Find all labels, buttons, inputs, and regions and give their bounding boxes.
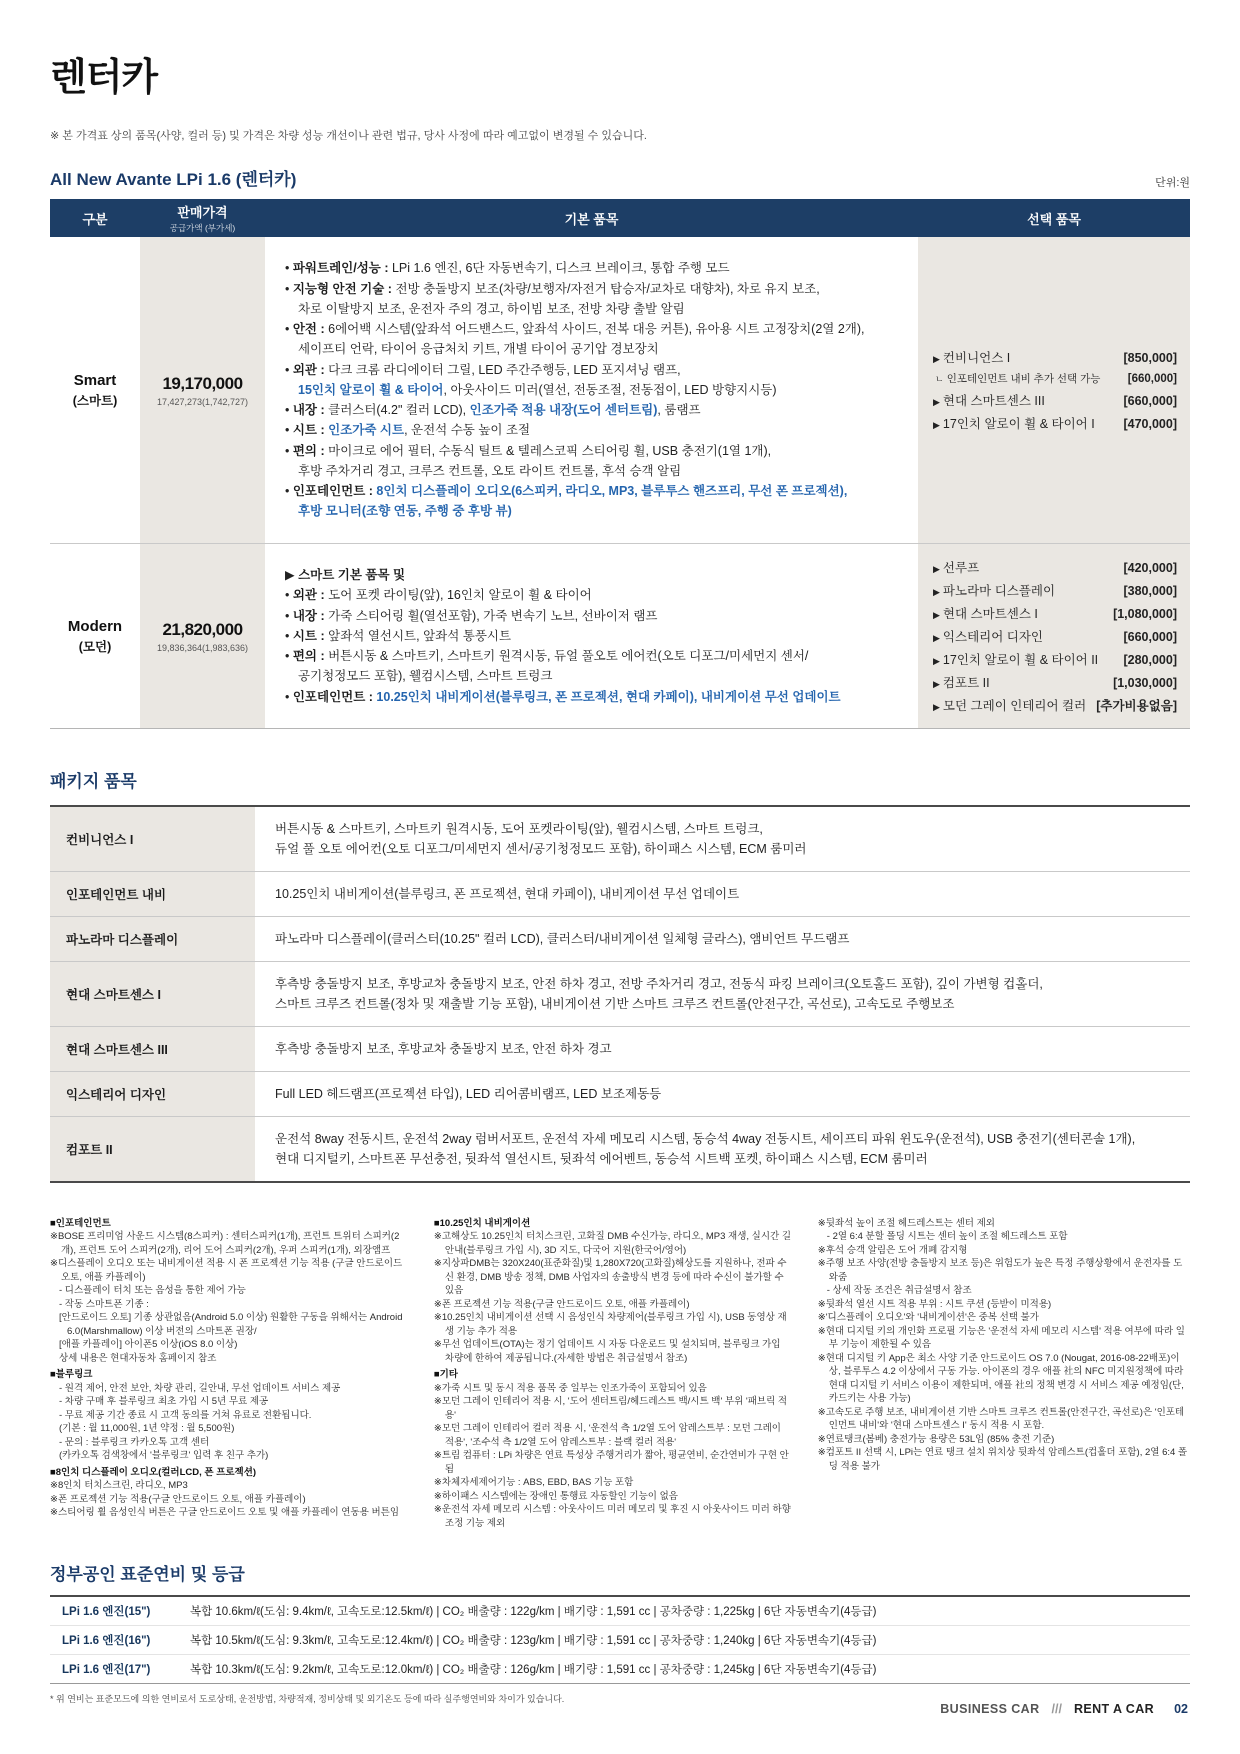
package-desc: 후측방 충돌방지 보조, 후방교차 충돌방지 보조, 안전 하차 경고	[255, 1027, 1190, 1071]
footnote-line: ※트림 컴퓨터 : LPi 차량은 연료 특성상 주행거리가 짧아, 평균연비,…	[434, 1449, 792, 1476]
price-cell: 21,820,00019,836,364(1,983,636)	[140, 544, 265, 728]
footnote-line: ※고속도로 주행 보조, 내비게이션 기반 스마트 크루즈 컨트롤(안전구간, …	[818, 1406, 1190, 1433]
option-line: ▶현대 스마트센스 III[660,000]	[933, 391, 1177, 409]
option-marker-icon: ▶	[933, 354, 940, 364]
package-name: 현대 스마트센스 III	[50, 1027, 255, 1071]
option-marker-icon: ▶	[933, 397, 940, 407]
package-name: 인포테인먼트 내비	[50, 872, 255, 916]
sale-price: 21,820,000	[162, 620, 242, 640]
footnote-column: ■10.25인치 내비게이션※고해상도 10.25인치 터치스크린, 고화질 D…	[434, 1217, 792, 1530]
package-desc: 10.25인치 내비게이션(블루링크, 폰 프로젝션, 현대 카페이), 내비게…	[255, 872, 1190, 916]
feature-text: 마이크로 에어 필터, 수동식 틸트 & 텔레스코픽 스티어링 휠, USB 충…	[298, 444, 771, 478]
feature-text: 버튼시동 & 스마트키, 스마트키 원격시동, 듀얼 풀오토 에어컨(오토 디포…	[298, 649, 808, 683]
feature-item: ▶ 스마트 기본 품목 및	[285, 565, 910, 585]
option-marker-icon: ▶	[933, 564, 940, 574]
header-trim: 구분	[50, 199, 140, 237]
trim-cell: Modern(모던)	[50, 544, 140, 728]
footnote-line: ※하이패스 시스템에는 장애인 통행료 자동할인 기능이 없음	[434, 1490, 792, 1503]
feature-item: • 편의 : 마이크로 에어 필터, 수동식 틸트 & 텔레스코픽 스티어링 휠…	[285, 441, 910, 482]
footnote-line: ※지상파DMB는 320X240(표준화질)및 1,280X720(고화질)해상…	[434, 1257, 792, 1297]
feature-item: • 시트 : 인조가죽 시트, 운전석 수동 높이 조절	[285, 420, 910, 440]
option-price: [추가비용없음]	[1096, 696, 1177, 714]
option-line: ▶파노라마 디스플레이[380,000]	[933, 581, 1177, 599]
package-row: 컨비니언스 I버튼시동 & 스마트키, 스마트키 원격시동, 도어 포켓라이팅(…	[50, 807, 1190, 871]
option-label: ▶컴포트 II	[933, 673, 990, 691]
option-line: ▶현대 스마트센스 I[1,080,000]	[933, 604, 1177, 622]
fuel-economy-table: LPi 1.6 엔진(15")복합 10.6km/ℓ(도심: 9.4km/ℓ, …	[50, 1595, 1190, 1684]
page-number: 02	[1174, 1702, 1188, 1716]
option-marker-icon: ㄴ	[935, 374, 944, 384]
footnote-line: ■10.25인치 내비게이션	[434, 1217, 792, 1230]
sale-price: 19,170,000	[162, 374, 242, 394]
footnote-line: ※폰 프로젝션 기능 적용(구글 안드로이드 오토, 애플 카플레이)	[50, 1493, 408, 1506]
feature-label: 외관 :	[293, 363, 328, 377]
page-footer: BUSINESS CAR /// RENT A CAR 02	[940, 1702, 1188, 1716]
option-line: ▶컨비니언스 I[850,000]	[933, 348, 1177, 366]
footnote-line: ※스티어링 휠 음성인식 버튼은 구글 안드로이드 오토 및 애플 카플레이 연…	[50, 1506, 408, 1519]
price-cell: 19,170,00017,427,273(1,742,727)	[140, 237, 265, 543]
feature-label: 인포테인먼트 :	[293, 690, 377, 704]
footnote-line: ※주행 보조 사양(전방 충돌방지 보조 등)은 위험도가 높은 특정 주행상황…	[818, 1257, 1190, 1284]
option-price: [850,000]	[1123, 351, 1177, 365]
feature-item: • 인포테인먼트 : 10.25인치 내비게이션(블루링크, 폰 프로젝션, 현…	[285, 687, 910, 707]
slashes-icon: ///	[1052, 1702, 1062, 1716]
price-table: 구분 판매가격 공급가액 (부가세) 기본 품목 선택 품목 Smart(스마트…	[50, 199, 1190, 729]
feature-label: 시트 :	[293, 629, 328, 643]
footnote-line: (기본 : 월 11,000원, 1년 약정 : 월 5,500원)	[50, 1422, 408, 1435]
fuel-engine-name: LPi 1.6 엔진(16")	[62, 1632, 190, 1648]
footnote-line: ※'디스플레이 오디오'와 '내비게이션'은 중복 선택 불가	[818, 1311, 1190, 1324]
option-line: ▶17인치 알로이 휠 & 타이어 I[470,000]	[933, 414, 1177, 432]
feature-text: 도어 포켓 라이팅(앞), 16인치 알로이 휠 & 타이어	[328, 588, 592, 602]
trim-name-en: Modern	[68, 618, 122, 635]
price-table-header: 구분 판매가격 공급가액 (부가세) 기본 품목 선택 품목	[50, 199, 1190, 237]
trim-name-ko: (스마트)	[73, 391, 118, 409]
footnote-line: ※현대 디지털 키의 개인화 프로필 기능은 '운전석 자세 메모리 시스템' …	[818, 1325, 1190, 1352]
option-line: ▶컴포트 II[1,030,000]	[933, 673, 1177, 691]
option-line: ▶익스테리어 디자인[660,000]	[933, 627, 1177, 645]
feature-item: • 안전 : 6에어백 시스템(앞좌석 어드밴스드, 앞좌석 사이드, 전복 대…	[285, 319, 910, 360]
page-title: 렌터카	[50, 46, 1190, 101]
header-price-main: 판매가격	[140, 202, 265, 221]
feature-item: • 파워트레인/성능 : LPi 1.6 엔진, 6단 자동변속기, 디스크 브…	[285, 258, 910, 278]
footnotes: ■인포테인먼트※BOSE 프리미엄 사운드 시스템(8스피커) : 센터스피커(…	[50, 1217, 1190, 1530]
option-marker-icon: ▶	[933, 610, 940, 620]
package-row: 파노라마 디스플레이파노라마 디스플레이(클러스터(10.25" 컬러 LCD)…	[50, 916, 1190, 961]
package-section-title: 패키지 품목	[50, 767, 1190, 792]
feature-label: 지능형 안전 기술 :	[293, 282, 396, 296]
footnote-line: ※뒷좌석 열선 시트 적용 부위 : 시트 쿠션 (등받이 미적용)	[818, 1298, 1190, 1311]
option-line: ▶17인치 알로이 휠 & 타이어 II[280,000]	[933, 650, 1177, 668]
footnote-line: ※모던 그레이 인테리어 컬러 적용 시, '운전석 측 1/2열 도어 암레스…	[434, 1422, 792, 1449]
feature-item: • 인포테인먼트 : 8인치 디스플레이 오디오(6스피커, 라디오, MP3,…	[285, 481, 910, 522]
feature-text: 6에어백 시스템(앞좌석 어드밴스드, 앞좌석 사이드, 전복 대응 커튼), …	[298, 322, 865, 356]
package-desc: Full LED 헤드램프(프로젝션 타입), LED 리어콤비램프, LED …	[255, 1072, 1190, 1116]
footnote-line: ※무선 업데이트(OTA)는 정기 업데이트 시 자동 다운로드 및 설치되며,…	[434, 1338, 792, 1365]
footnote-line: ■기타	[434, 1368, 792, 1381]
header-optional-items: 선택 품목	[918, 199, 1190, 237]
option-line: ㄴ인포테인먼트 내비 추가 선택 가능[660,000]	[933, 371, 1177, 386]
feature-text: 다크 크롬 라디에이터 그릴, LED 주간주행등, LED 포지셔닝 램프,	[328, 363, 681, 377]
option-price: [660,000]	[1128, 373, 1177, 385]
header-price-sub: 공급가액 (부가세)	[140, 222, 265, 234]
feature-text: 가죽 스티어링 휠(열선포함), 가죽 변속기 노브, 선바이저 램프	[328, 609, 657, 623]
footer-rent-a-car: RENT A CAR	[1074, 1702, 1154, 1716]
feature-item: • 시트 : 앞좌석 열선시트, 앞좌석 통풍시트	[285, 626, 910, 646]
option-price: [660,000]	[1123, 394, 1177, 408]
footnote-line: ※운전석 자세 메모리 시스템 : 아웃사이드 미러 메모리 및 후진 시 아웃…	[434, 1503, 792, 1530]
option-price: [280,000]	[1123, 653, 1177, 667]
option-label: ▶선루프	[933, 558, 979, 576]
feature-label: 내장 :	[293, 403, 328, 417]
option-label: ▶현대 스마트센스 III	[933, 391, 1045, 409]
feature-text: 10.25인치 내비게이션(블루링크, 폰 프로젝션, 현대 카페이), 내비게…	[376, 690, 840, 704]
feature-label: 파워트레인/성능 :	[293, 261, 392, 275]
feature-text: 인조가죽 시트	[328, 423, 404, 437]
footnote-line: (카카오톡 검색창에서 '블루링크' 입력 후 친구 추가)	[50, 1449, 408, 1462]
footnote-line: ※가죽 시트 및 동시 적용 품목 중 일부는 인조가죽이 포함되어 있음	[434, 1382, 792, 1395]
feature-text: 인조가죽 적용 내장(도어 센터트림)	[470, 403, 658, 417]
package-desc: 버튼시동 & 스마트키, 스마트키 원격시동, 도어 포켓라이팅(앞), 웰컴시…	[255, 807, 1190, 871]
fuel-economy-row: LPi 1.6 엔진(15")복합 10.6km/ℓ(도심: 9.4km/ℓ, …	[50, 1597, 1190, 1625]
footnote-column: ※뒷좌석 높이 조절 헤드레스트는 센터 제외- 2열 6:4 분할 폴딩 시트…	[818, 1217, 1190, 1530]
package-name: 컴포트 II	[50, 1117, 255, 1181]
footnote-line: ※차체자세제어기능 : ABS, EBD, BAS 기능 포함	[434, 1476, 792, 1489]
fuel-spec: 복합 10.3km/ℓ(도심: 9.2km/ℓ, 고속도로:12.0km/ℓ) …	[190, 1661, 876, 1677]
feature-label: 안전 :	[293, 322, 328, 336]
trim-name-ko: (모던)	[79, 637, 111, 655]
option-label: ▶익스테리어 디자인	[933, 627, 1043, 645]
supply-price: 17,427,273(1,742,727)	[157, 397, 248, 407]
footnote-line: ■블루링크	[50, 1368, 408, 1381]
option-label: ▶모던 그레이 인테리어 컬러	[933, 696, 1086, 714]
model-section-head: All New Avante LPi 1.6 (렌터카) 단위:원	[50, 165, 1190, 190]
feature-label: 내장 :	[293, 609, 328, 623]
option-price: [1,080,000]	[1113, 607, 1177, 621]
option-price: [1,030,000]	[1113, 676, 1177, 690]
basic-items-cell: • 파워트레인/성능 : LPi 1.6 엔진, 6단 자동변속기, 디스크 브…	[265, 237, 918, 543]
option-marker-icon: ▶	[933, 587, 940, 597]
header-basic-items: 기본 품목	[265, 199, 918, 237]
package-row: 인포테인먼트 내비10.25인치 내비게이션(블루링크, 폰 프로젝션, 현대 …	[50, 871, 1190, 916]
footnote-line: - 2열 6:4 분할 폴딩 시트는 센터 높이 조절 헤드레스트 포함	[818, 1230, 1190, 1243]
footnote-line: - 디스플레이 터치 또는 음성을 통한 제어 가능	[50, 1284, 408, 1297]
package-name: 익스테리어 디자인	[50, 1072, 255, 1116]
footnote-line: - 작동 스마트폰 기종 :	[50, 1298, 408, 1311]
footnote-line: - 차량 구매 후 블루링크 최초 가입 시 5년 무료 제공	[50, 1395, 408, 1408]
fuel-economy-row: LPi 1.6 엔진(16")복합 10.5km/ℓ(도심: 9.3km/ℓ, …	[50, 1625, 1190, 1654]
option-marker-icon: ▶	[933, 656, 940, 666]
option-label: ㄴ인포테인먼트 내비 추가 선택 가능	[935, 371, 1100, 386]
package-desc: 후측방 충돌방지 보조, 후방교차 충돌방지 보조, 안전 하차 경고, 전방 …	[255, 962, 1190, 1026]
feature-label: 시트 :	[293, 423, 328, 437]
footnote-line: - 문의 : 블루링크 카카오톡 고객 센터	[50, 1436, 408, 1449]
footer-business-car: BUSINESS CAR	[940, 1702, 1039, 1716]
feature-text: 15인치 알로이 휠 & 타이어	[298, 383, 444, 397]
basic-items-cell: ▶ 스마트 기본 품목 및• 외관 : 도어 포켓 라이팅(앞), 16인치 알…	[265, 544, 918, 728]
option-marker-icon: ▶	[933, 420, 940, 430]
footnote-line: - 상세 작동 조건은 취급설명서 참조	[818, 1284, 1190, 1297]
package-row: 컴포트 II운전석 8way 전동시트, 운전석 2way 럼버서포트, 운전석…	[50, 1116, 1190, 1181]
footnote-line: ※뒷좌석 높이 조절 헤드레스트는 센터 제외	[818, 1217, 1190, 1230]
footnote-line: ※10.25인치 내비게이션 선택 시 음성인식 차량제어(블루링크 가입 시)…	[434, 1311, 792, 1338]
package-desc: 파노라마 디스플레이(클러스터(10.25" 컬러 LCD), 클러스터/내비게…	[255, 917, 1190, 961]
footnote-line: ※디스플레이 오디오 또는 내비게이션 적용 시 폰 프로젝션 기능 적용 (구…	[50, 1257, 408, 1284]
option-label: ▶컨비니언스 I	[933, 348, 1010, 366]
footnote-line: - 원격 제어, 안전 보안, 차량 관리, 길안내, 무선 업데이트 서비스 …	[50, 1382, 408, 1395]
trim-name-en: Smart	[74, 372, 117, 389]
feature-text: 8인치 디스플레이 오디오(6스피커, 라디오, MP3, 블루투스 핸즈프리,…	[298, 484, 847, 518]
package-name: 컨비니언스 I	[50, 807, 255, 871]
feature-label: 인포테인먼트 :	[293, 484, 377, 498]
options-cell: ▶컨비니언스 I[850,000]ㄴ인포테인먼트 내비 추가 선택 가능[660…	[918, 237, 1190, 543]
option-price: [380,000]	[1123, 584, 1177, 598]
footnote-line: - 무료 제공 기간 종료 시 고객 동의를 거쳐 유료로 전환됩니다.	[50, 1409, 408, 1422]
feature-text: , 아웃사이드 미러(열선, 전동조절, 전동접이, LED 방향지시등)	[444, 383, 777, 397]
feature-text: 스마트 기본 품목 및	[298, 568, 405, 582]
options-cell: ▶선루프[420,000]▶파노라마 디스플레이[380,000]▶현대 스마트…	[918, 544, 1190, 728]
feature-text: 클러스터(4.2" 컬러 LCD),	[328, 403, 470, 417]
feature-text: 앞좌석 열선시트, 앞좌석 통풍시트	[328, 629, 511, 643]
package-row: 현대 스마트센스 I후측방 충돌방지 보조, 후방교차 충돌방지 보조, 안전 …	[50, 961, 1190, 1026]
trim-row: Smart(스마트)19,170,00017,427,273(1,742,727…	[50, 237, 1190, 543]
option-line: ▶선루프[420,000]	[933, 558, 1177, 576]
package-row: 현대 스마트센스 III후측방 충돌방지 보조, 후방교차 충돌방지 보조, 안…	[50, 1026, 1190, 1071]
footnote-column: ■인포테인먼트※BOSE 프리미엄 사운드 시스템(8스피커) : 센터스피커(…	[50, 1217, 408, 1530]
supply-price: 19,836,364(1,983,636)	[157, 643, 248, 653]
package-row: 익스테리어 디자인Full LED 헤드램프(프로젝션 타입), LED 리어콤…	[50, 1071, 1190, 1116]
package-name: 현대 스마트센스 I	[50, 962, 255, 1026]
footnote-line: ※폰 프로젝션 기능 적용(구글 안드로이드 오토, 애플 카플레이)	[434, 1298, 792, 1311]
footnote-line: ■인포테인먼트	[50, 1217, 408, 1230]
footnote-line: ※현대 디지털 키 App은 최소 사양 기준 안드로이드 OS 7.0 (No…	[818, 1352, 1190, 1406]
footnote-line: ■8인치 디스플레이 오디오(컬러LCD, 폰 프로젝션)	[50, 1466, 408, 1479]
feature-item: • 편의 : 버튼시동 & 스마트키, 스마트키 원격시동, 듀얼 풀오토 에어…	[285, 646, 910, 687]
fuel-spec: 복합 10.6km/ℓ(도심: 9.4km/ℓ, 고속도로:12.5km/ℓ) …	[190, 1603, 876, 1619]
fuel-economy-row: LPi 1.6 엔진(17")복합 10.3km/ℓ(도심: 9.2km/ℓ, …	[50, 1654, 1190, 1683]
unit-label: 단위:원	[1155, 174, 1190, 190]
option-label: ▶17인치 알로이 휠 & 타이어 I	[933, 414, 1095, 432]
feature-label: 편의 :	[293, 444, 328, 458]
footnote-line: ※후석 승객 알림은 도어 개폐 감지형	[818, 1244, 1190, 1257]
trim-cell: Smart(스마트)	[50, 237, 140, 543]
option-line: ▶모던 그레이 인테리어 컬러[추가비용없음]	[933, 696, 1177, 714]
feature-label: 편의 :	[293, 649, 328, 663]
package-name: 파노라마 디스플레이	[50, 917, 255, 961]
option-price: [420,000]	[1123, 561, 1177, 575]
header-price: 판매가격 공급가액 (부가세)	[140, 199, 265, 237]
footnote-line: ※BOSE 프리미엄 사운드 시스템(8스피커) : 센터스피커(1개), 프런…	[50, 1230, 408, 1257]
feature-item: • 내장 : 가죽 스티어링 휠(열선포함), 가죽 변속기 노브, 선바이저 …	[285, 606, 910, 626]
option-price: [660,000]	[1123, 630, 1177, 644]
option-price: [470,000]	[1123, 417, 1177, 431]
feature-text: , 룸램프	[657, 403, 700, 417]
feature-text: LPi 1.6 엔진, 6단 자동변속기, 디스크 브레이크, 통합 주행 모드	[392, 261, 730, 275]
feature-item: • 내장 : 클러스터(4.2" 컬러 LCD), 인조가죽 적용 내장(도어 …	[285, 400, 910, 420]
package-table: 컨비니언스 I버튼시동 & 스마트키, 스마트키 원격시동, 도어 포켓라이팅(…	[50, 805, 1190, 1183]
trim-row: Modern(모던)21,820,00019,836,364(1,983,636…	[50, 543, 1190, 728]
fuel-engine-name: LPi 1.6 엔진(15")	[62, 1603, 190, 1619]
footnote-line: [안드로이드 오토] 기종 상관없음(Android 5.0 이상) 원활한 구…	[50, 1311, 408, 1338]
fuel-spec: 복합 10.5km/ℓ(도심: 9.3km/ℓ, 고속도로:12.4km/ℓ) …	[190, 1632, 876, 1648]
option-marker-icon: ▶	[933, 633, 940, 643]
footnote-line: ※8인치 터치스크린, 라디오, MP3	[50, 1479, 408, 1492]
footnote-line: [애플 카플레이] 아이폰5 이상(iOS 8.0 이상)	[50, 1338, 408, 1351]
option-label: ▶파노라마 디스플레이	[933, 581, 1055, 599]
option-label: ▶17인치 알로이 휠 & 타이어 II	[933, 650, 1098, 668]
package-desc: 운전석 8way 전동시트, 운전석 2way 럼버서포트, 운전석 자세 메모…	[255, 1117, 1190, 1181]
feature-item: • 지능형 안전 기술 : 전방 충돌방지 보조(차량/보행자/자전거 탑승자/…	[285, 279, 910, 320]
option-label: ▶현대 스마트센스 I	[933, 604, 1038, 622]
feature-item: • 외관 : 도어 포켓 라이팅(앞), 16인치 알로이 휠 & 타이어	[285, 585, 910, 605]
feature-text: , 운전석 수동 높이 조절	[404, 423, 530, 437]
price-disclaimer: ※ 본 가격표 상의 품목(사양, 컬러 등) 및 가격은 차량 성능 개선이나…	[50, 127, 1190, 143]
option-marker-icon: ▶	[933, 702, 940, 712]
feature-label: 외관 :	[293, 588, 328, 602]
footnote-line: ※모던 그레이 인테리어 적용 시, '도어 센터트림/헤드레스트 백/시트 백…	[434, 1395, 792, 1422]
footnote-line: ※고해상도 10.25인치 터치스크린, 고화질 DMB 수신가능, 라디오, …	[434, 1230, 792, 1257]
price-table-body: Smart(스마트)19,170,00017,427,273(1,742,727…	[50, 237, 1190, 728]
option-marker-icon: ▶	[933, 679, 940, 689]
rental-price-sheet-page: 렌터카 ※ 본 가격표 상의 품목(사양, 컬러 등) 및 가격은 차량 성능 …	[0, 0, 1240, 1754]
fuel-engine-name: LPi 1.6 엔진(17")	[62, 1661, 190, 1677]
footnote-line: ※컴포트 II 선택 시, LPi는 연료 탱크 설치 위치상 뒷좌석 암레스트…	[818, 1446, 1190, 1473]
footnote-line: 상세 내용은 현대자동차 홈페이지 참조	[50, 1352, 408, 1365]
feature-item: • 외관 : 다크 크롬 라디에이터 그릴, LED 주간주행등, LED 포지…	[285, 360, 910, 401]
fuel-section-title: 정부공인 표준연비 및 등급	[50, 1560, 1190, 1585]
model-section-title: All New Avante LPi 1.6 (렌터카)	[50, 165, 296, 190]
footnote-line: ※연료탱크(봄베) 충전가능 용량은 53L임 (85% 충전 기준)	[818, 1433, 1190, 1446]
